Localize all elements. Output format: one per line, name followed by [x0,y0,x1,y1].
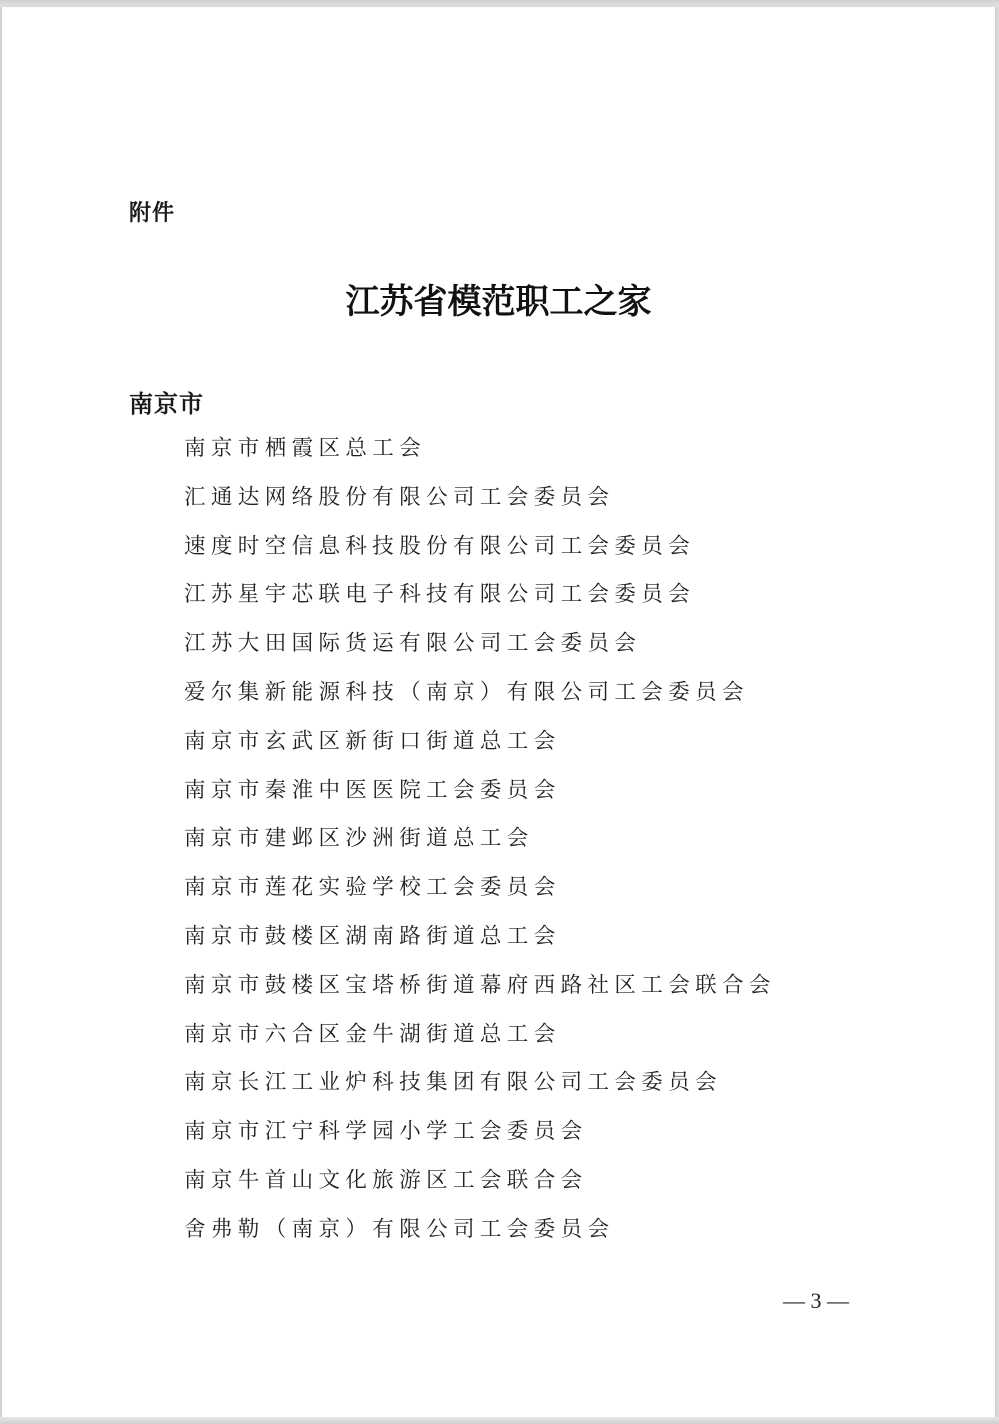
list-item: 南京市建邺区沙洲街道总工会 [184,820,776,869]
list-item: 江苏星宇芯联电子科技有限公司工会委员会 [184,576,776,625]
scan-top-border [0,0,999,7]
list-item: 爱尔集新能源科技（南京）有限公司工会委员会 [184,674,776,723]
list-item: 南京市六合区金牛湖街道总工会 [184,1016,776,1065]
scan-bottom-border [0,1417,999,1424]
list-item: 南京市秦淮中医医院工会委员会 [184,772,776,821]
list-item: 舍弗勒（南京）有限公司工会委员会 [184,1211,776,1260]
city-heading: 南京市 [129,384,204,419]
document-title: 江苏省模范职工之家 [346,274,652,323]
list-item: 南京市栖霞区总工会 [184,430,776,479]
list-item: 速度时空信息科技股份有限公司工会委员会 [184,528,776,577]
document-title-container: 江苏省模范职工之家 [0,274,999,323]
organization-list: 南京市栖霞区总工会 汇通达网络股份有限公司工会委员会 速度时空信息科技股份有限公… [184,430,776,1260]
list-item: 江苏大田国际货运有限公司工会委员会 [184,625,776,674]
list-item: 南京市江宁科学园小学工会委员会 [184,1113,776,1162]
list-item: 南京市鼓楼区湖南路街道总工会 [184,918,776,967]
list-item: 南京市玄武区新街口街道总工会 [184,723,776,772]
list-item: 南京市莲花实验学校工会委员会 [184,869,776,918]
page-number: — 3 — [783,1288,849,1314]
list-item: 南京长江工业炉科技集团有限公司工会委员会 [184,1064,776,1113]
list-item: 南京市鼓楼区宝塔桥街道幕府西路社区工会联合会 [184,967,776,1016]
attachment-label: 附件 [129,196,175,227]
list-item: 汇通达网络股份有限公司工会委员会 [184,479,776,528]
list-item: 南京牛首山文化旅游区工会联合会 [184,1162,776,1211]
